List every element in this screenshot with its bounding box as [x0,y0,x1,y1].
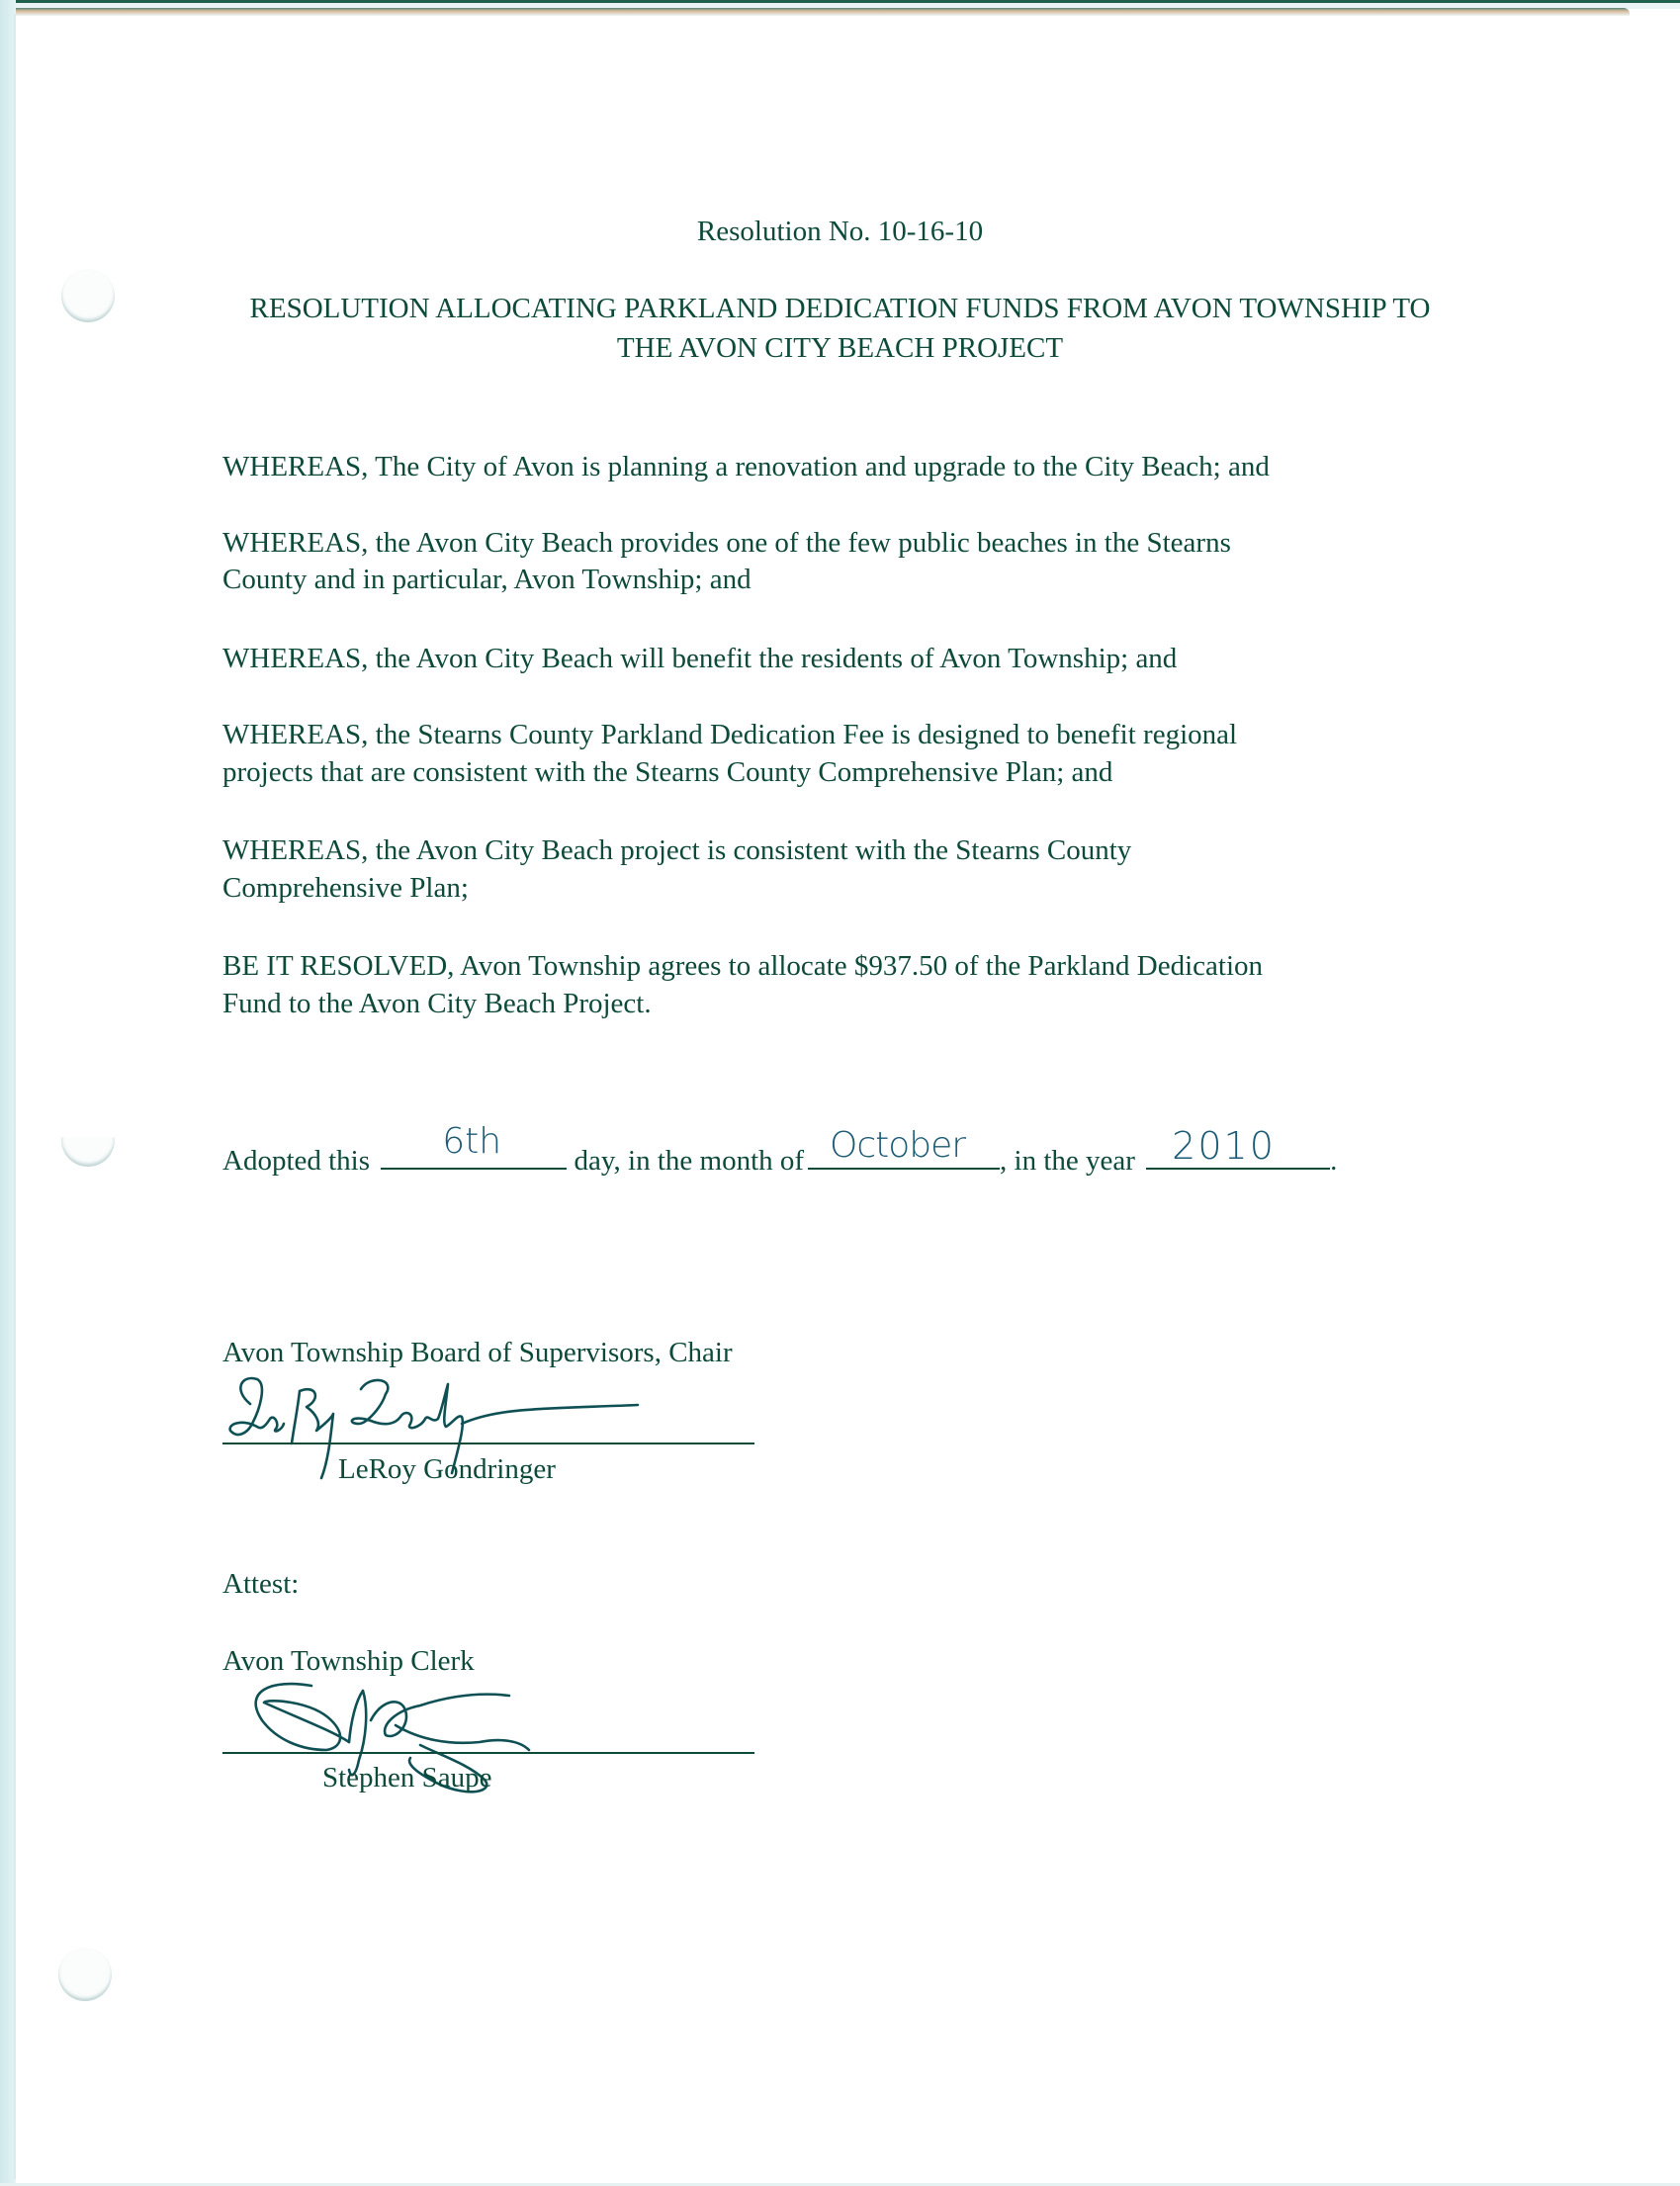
clerk-signature-line [222,1752,754,1754]
paper-top-edge [8,8,1630,16]
clerk-name: Stephen Saupe [322,1760,492,1795]
clause-5-line-1: WHEREAS, the Avon City Beach project is … [222,832,1131,868]
clause-2-line-1: WHEREAS, the Avon City Beach provides on… [222,525,1231,561]
punch-hole-middle [61,1113,115,1167]
clause-2-line-2: County and in particular, Avon Township;… [222,562,752,597]
year-field[interactable]: 2010 [1146,1142,1330,1170]
resolution-title-line-2: THE AVON CITY BEACH PROJECT [0,330,1680,366]
month-handwritten: October [830,1128,965,1164]
clause-3-line-1: WHEREAS, the Avon City Beach will benefi… [222,641,1177,676]
clerk-title: Avon Township Clerk [222,1643,475,1679]
resolution-number: Resolution No. 10-16-10 [0,214,1680,249]
resolved-line-1: BE IT RESOLVED, Avon Township agrees to … [222,948,1263,984]
day-label: day, in the month of [575,1145,805,1177]
adoption-line: Adopted this 6th day, in the month of Oc… [222,1142,1337,1179]
scanned-page: Resolution No. 10-16-10 RESOLUTION ALLOC… [0,0,1680,2186]
chair-signature-line [222,1443,754,1444]
resolution-title-line-1: RESOLUTION ALLOCATING PARKLAND DEDICATIO… [0,291,1680,326]
resolved-line-2: Fund to the Avon City Beach Project. [222,986,652,1021]
adoption-prefix: Adopted this [222,1145,370,1177]
day-handwritten: 6th [442,1124,501,1160]
adoption-period: . [1330,1145,1337,1177]
year-handwritten: 2010 [1172,1128,1276,1164]
month-field[interactable]: October [808,1142,1000,1170]
chair-name: LeRoy Gondringer [338,1451,556,1487]
clause-1-line-1: WHEREAS, The City of Avon is planning a … [222,449,1270,484]
day-field[interactable]: 6th [381,1142,567,1170]
clause-5-line-2: Comprehensive Plan; [222,870,469,906]
punch-hole-bottom [58,1948,112,2001]
clause-4-line-2: projects that are consistent with the St… [222,754,1112,790]
year-label: , in the year [1000,1145,1135,1177]
chair-title: Avon Township Board of Supervisors, Chai… [222,1335,733,1370]
attest-label: Attest: [222,1566,299,1602]
clause-4-line-1: WHEREAS, the Stearns County Parkland Ded… [222,717,1237,752]
